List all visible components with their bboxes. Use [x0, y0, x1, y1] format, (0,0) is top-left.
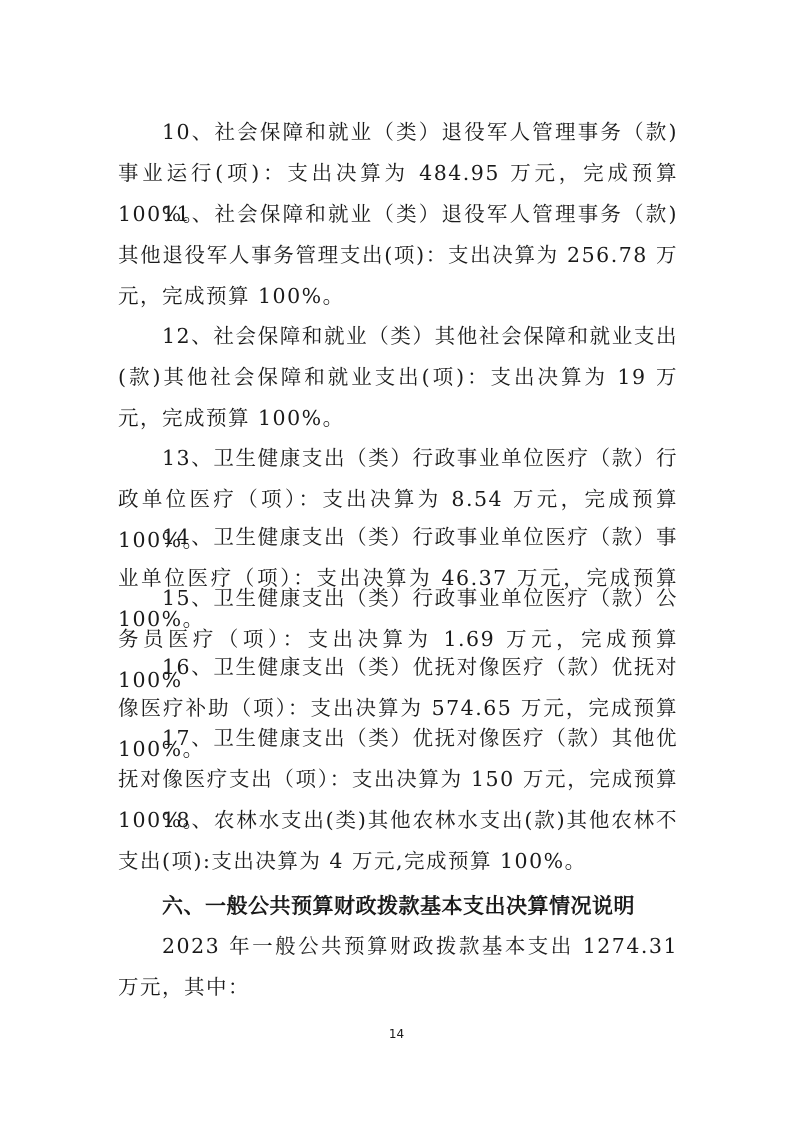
section-intro-paragraph: 2023 年一般公共预算财政拨款基本支出 1274.31 万元，其中： [118, 926, 678, 1008]
item-11-paragraph: 11、社会保障和就业（类）退役军人管理事务（款)其他退役军人事务管理支出(项)：… [118, 194, 678, 317]
section-heading: 六、一般公共预算财政拨款基本支出决算情况说明 [162, 890, 635, 920]
document-page: 10、社会保障和就业（类）退役军人管理事务（款)事业运行(项)：支出决算为 48… [0, 0, 793, 1122]
item-18-paragraph: 18、农林水支出(类)其他农林水支出(款)其他农林不支出(项):支出决算为 4 … [118, 800, 678, 882]
page-number: 14 [0, 1027, 793, 1041]
item-12-paragraph: 12、社会保障和就业（类）其他社会保障和就业支出(款)其他社会保障和就业支出(项… [118, 316, 678, 439]
